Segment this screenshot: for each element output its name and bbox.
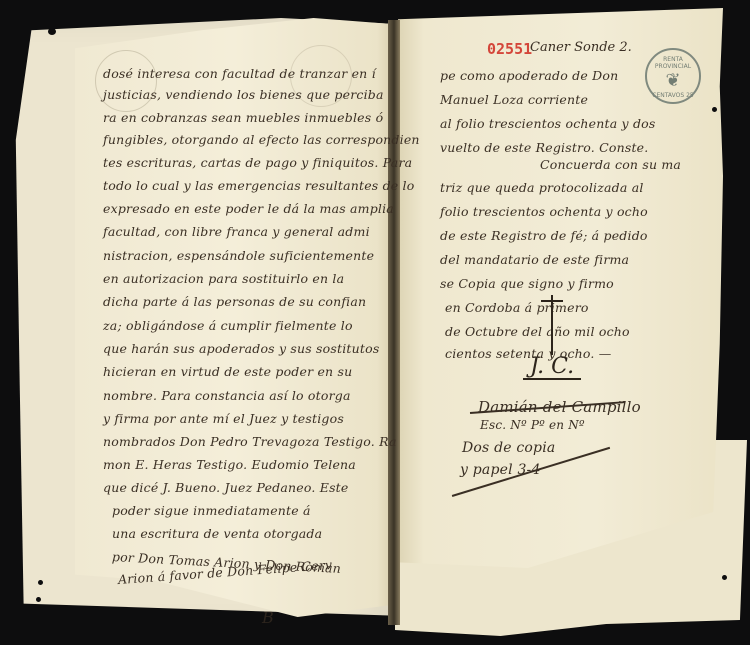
handwritten-line: poder sigue inmediatamente á xyxy=(112,503,311,518)
handwritten-line: nombre. Para constancia así lo otorga xyxy=(103,388,351,403)
handwritten-line: una escritura de venta otorgada xyxy=(112,526,322,541)
revenue-seal: RENTA PROVINCIAL ❦ CENTAVOS 25 xyxy=(645,48,701,104)
handwritten-line: hicieran en virtud de este poder en su xyxy=(103,364,352,379)
red-number-stamp: 02551 xyxy=(487,40,532,58)
handwritten-line: facultad, con libre franca y general adm… xyxy=(103,224,370,239)
handwritten-line: za; obligándose á cumplir fielmente lo xyxy=(103,318,353,333)
handwritten-line: fungibles, otorgando al efecto las corre… xyxy=(103,132,420,147)
handwritten-line: cientos setenta y ocho. — xyxy=(445,346,611,361)
handwritten-line: Manuel Loza corriente xyxy=(440,92,588,107)
handwritten-line: en autorizacion para sostituirlo en la xyxy=(103,271,344,286)
seal-text-bottom: CENTAVOS 25 xyxy=(647,92,699,99)
paper-note: y papel 3-4 xyxy=(460,462,541,478)
paper-hole xyxy=(712,107,717,112)
handwritten-line: triz que queda protocolizada al xyxy=(440,180,644,195)
copy-note: Dos de copia xyxy=(462,440,555,456)
paper-hole xyxy=(722,575,727,580)
crest-icon: ❦ xyxy=(647,70,699,92)
fee-note: Esc. Nº Pº en Nº xyxy=(480,418,585,432)
signature-underline xyxy=(523,378,581,380)
handwritten-line: dicha parte á las personas de su confian xyxy=(103,294,366,309)
handwritten-line: nombrados Don Pedro Trevagoza Testigo. R… xyxy=(103,434,397,449)
handwritten-line: pe como apoderado de Don xyxy=(440,68,618,83)
cross-mark xyxy=(551,295,553,355)
cross-mark-bar xyxy=(541,300,563,302)
paper-hole xyxy=(38,580,43,585)
handwritten-line: todo lo cual y las emergencias resultant… xyxy=(103,178,414,193)
handwritten-line: expresado en este poder le dá la mas amp… xyxy=(103,201,394,216)
handwritten-line: en Cordoba á primero xyxy=(445,300,589,315)
handwritten-line: que harán sus apoderados y sus sostituto… xyxy=(103,341,379,356)
handwritten-line: se Copia que signo y firmo xyxy=(440,276,614,291)
paper-hole xyxy=(36,597,41,602)
handwritten-line: que dicé J. Bueno. Juez Pedaneo. Este xyxy=(103,480,349,495)
flourish-mark: B xyxy=(262,608,274,627)
signature-initials: J. C. xyxy=(530,354,574,379)
paper-hole xyxy=(48,28,56,35)
embossed-seal-left xyxy=(95,50,157,112)
handwritten-line: tes escrituras, cartas de pago y finiqui… xyxy=(103,155,412,170)
folio-header: Caner Sonde 2. xyxy=(530,40,632,55)
handwritten-line: justicias, vendiendo los bienes que perc… xyxy=(103,87,384,102)
handwritten-line: folio trescientos ochenta y ocho xyxy=(440,204,648,219)
seal-text-top: RENTA PROVINCIAL xyxy=(647,56,699,70)
handwritten-line: al folio trescientos ochenta y dos xyxy=(440,116,656,131)
handwritten-line: Concuerda con su ma xyxy=(540,157,681,172)
handwritten-line: dosé interesa con facultad de tranzar en… xyxy=(103,66,376,81)
handwritten-line: del mandatario de este firma xyxy=(440,252,629,267)
handwritten-line: y firma por ante mí el Juez y testigos xyxy=(103,411,344,426)
handwritten-line: ra en cobranzas sean muebles inmuebles ó xyxy=(103,110,383,125)
paper-hole xyxy=(725,246,730,251)
handwritten-line: de Octubre del año mil ocho xyxy=(445,324,630,339)
handwritten-line: de este Registro de fé; á pedido xyxy=(440,228,648,243)
binding-spine xyxy=(388,20,400,625)
handwritten-line: mon E. Heras Testigo. Eudomio Telena xyxy=(103,457,356,472)
handwritten-line: nistracion, espensándole suficientemente xyxy=(103,248,374,263)
handwritten-line: vuelto de este Registro. Conste. xyxy=(440,140,648,155)
